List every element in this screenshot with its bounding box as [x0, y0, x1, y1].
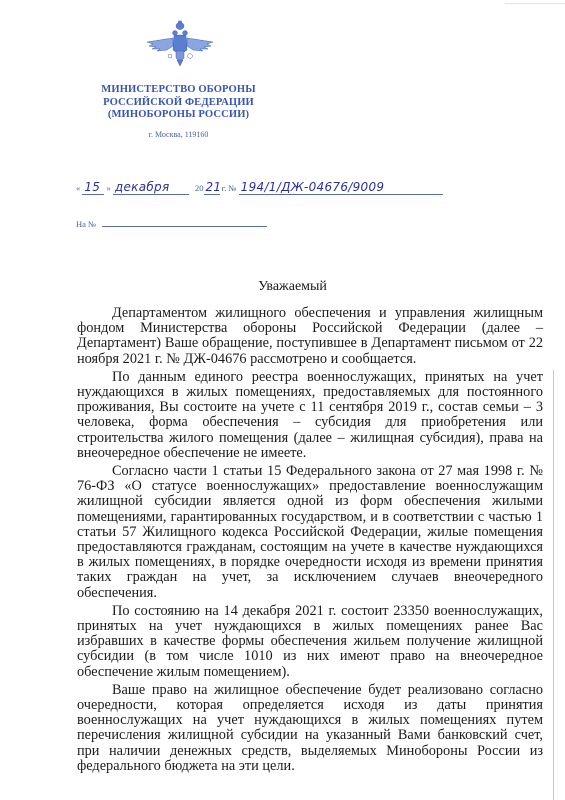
reply-to-line: На №	[76, 218, 267, 229]
paragraph-2: По данным единого реестра военнослужащих…	[77, 370, 543, 461]
paragraph-5: Ваше право на жилищное обеспечение будет…	[77, 683, 543, 774]
year-prefix: 20	[195, 183, 204, 193]
double-headed-eagle-emblem-icon	[143, 20, 217, 70]
registration-year: 21	[204, 180, 220, 195]
registration-line: « 15 » декабря 2021 г. № 194/1/ДЖ-04676/…	[76, 180, 443, 202]
scan-top-edge	[505, 3, 565, 4]
registration-day: 15	[82, 180, 104, 195]
reply-to-blank	[102, 218, 267, 227]
paragraph-3: Согласно части 1 статьи 15 Федерального …	[77, 464, 543, 601]
letter-body: Департаментом жилищного обеспечения и уп…	[77, 306, 543, 777]
organization-name: МИНИСТЕРСТВО ОБОРОНЫ РОССИЙСКОЙ ФЕДЕРАЦИ…	[86, 84, 271, 122]
quote-close: »	[107, 183, 111, 193]
reply-to-label: На №	[76, 219, 96, 229]
org-name-line-1: МИНИСТЕРСТВО ОБОРОНЫ	[86, 84, 271, 97]
year-and-number-label: г. №	[222, 183, 237, 193]
quote-open: «	[76, 183, 80, 193]
salutation: Уважаемый	[0, 279, 565, 295]
registration-month: декабря	[113, 180, 189, 195]
registration-number: 194/1/ДЖ-04676/9009	[239, 180, 443, 195]
org-name-line-3: (МИНОБОРОНЫ РОССИИ)	[86, 109, 271, 122]
scan-page-edge	[553, 370, 554, 800]
paragraph-1: Департаментом жилищного обеспечения и уп…	[77, 306, 543, 367]
org-name-line-2: РОССИЙСКОЙ ФЕДЕРАЦИИ	[86, 97, 271, 110]
organization-address: г. Москва, 119160	[86, 130, 271, 139]
paragraph-4: По состоянию на 14 декабря 2021 г. состо…	[77, 604, 543, 680]
